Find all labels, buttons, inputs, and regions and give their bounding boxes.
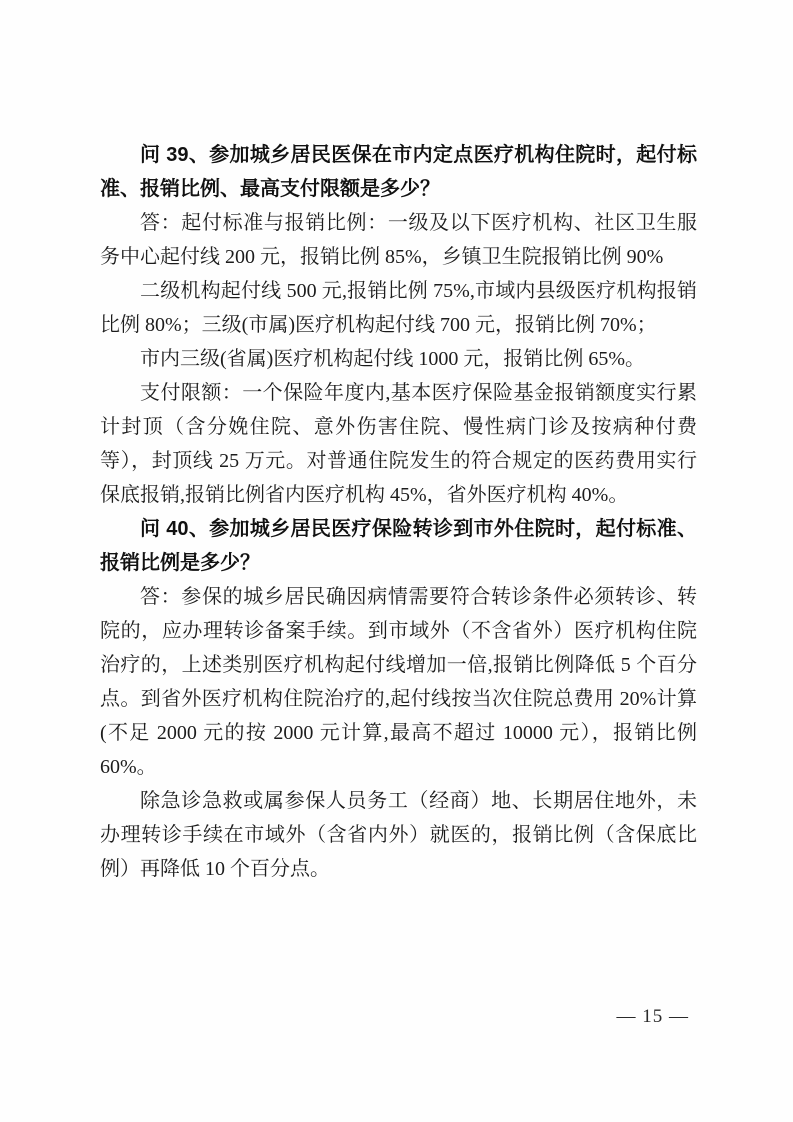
paragraph-tier2-tier3: 二级机构起付线 500 元,报销比例 75%,市域内县级医疗机构报销比例 80%…	[100, 274, 697, 342]
page-number: — 15 —	[617, 1004, 690, 1030]
paragraph-question-39: 问 39、参加城乡居民医保在市内定点医疗机构住院时，起付标准、报销比例、最高支付…	[100, 138, 697, 206]
paragraph-payment-limit: 支付限额：一个保险年度内,基本医疗保险基金报销额度实行累计封顶（含分娩住院、意外…	[100, 376, 697, 512]
paragraph-tier3-provincial: 市内三级(省属)医疗机构起付线 1000 元，报销比例 65%。	[100, 342, 697, 376]
paragraph-question-40: 问 40、参加城乡居民医疗保险转诊到市外住院时，起付标准、报销比例是多少？	[100, 512, 697, 580]
document-page: 问 39、参加城乡居民医保在市内定点医疗机构住院时，起付标准、报销比例、最高支付…	[0, 0, 793, 1122]
paragraph-referral-exception: 除急诊急救或属参保人员务工（经商）地、长期居住地外，未办理转诊手续在市域外（含省…	[100, 784, 697, 886]
paragraph-answer-39: 答：起付标准与报销比例：一级及以下医疗机构、社区卫生服务中心起付线 200 元，…	[100, 206, 697, 274]
paragraph-answer-40: 答：参保的城乡居民确因病情需要符合转诊条件必须转诊、转院的，应办理转诊备案手续。…	[100, 580, 697, 784]
document-body: 问 39、参加城乡居民医保在市内定点医疗机构住院时，起付标准、报销比例、最高支付…	[100, 138, 697, 886]
